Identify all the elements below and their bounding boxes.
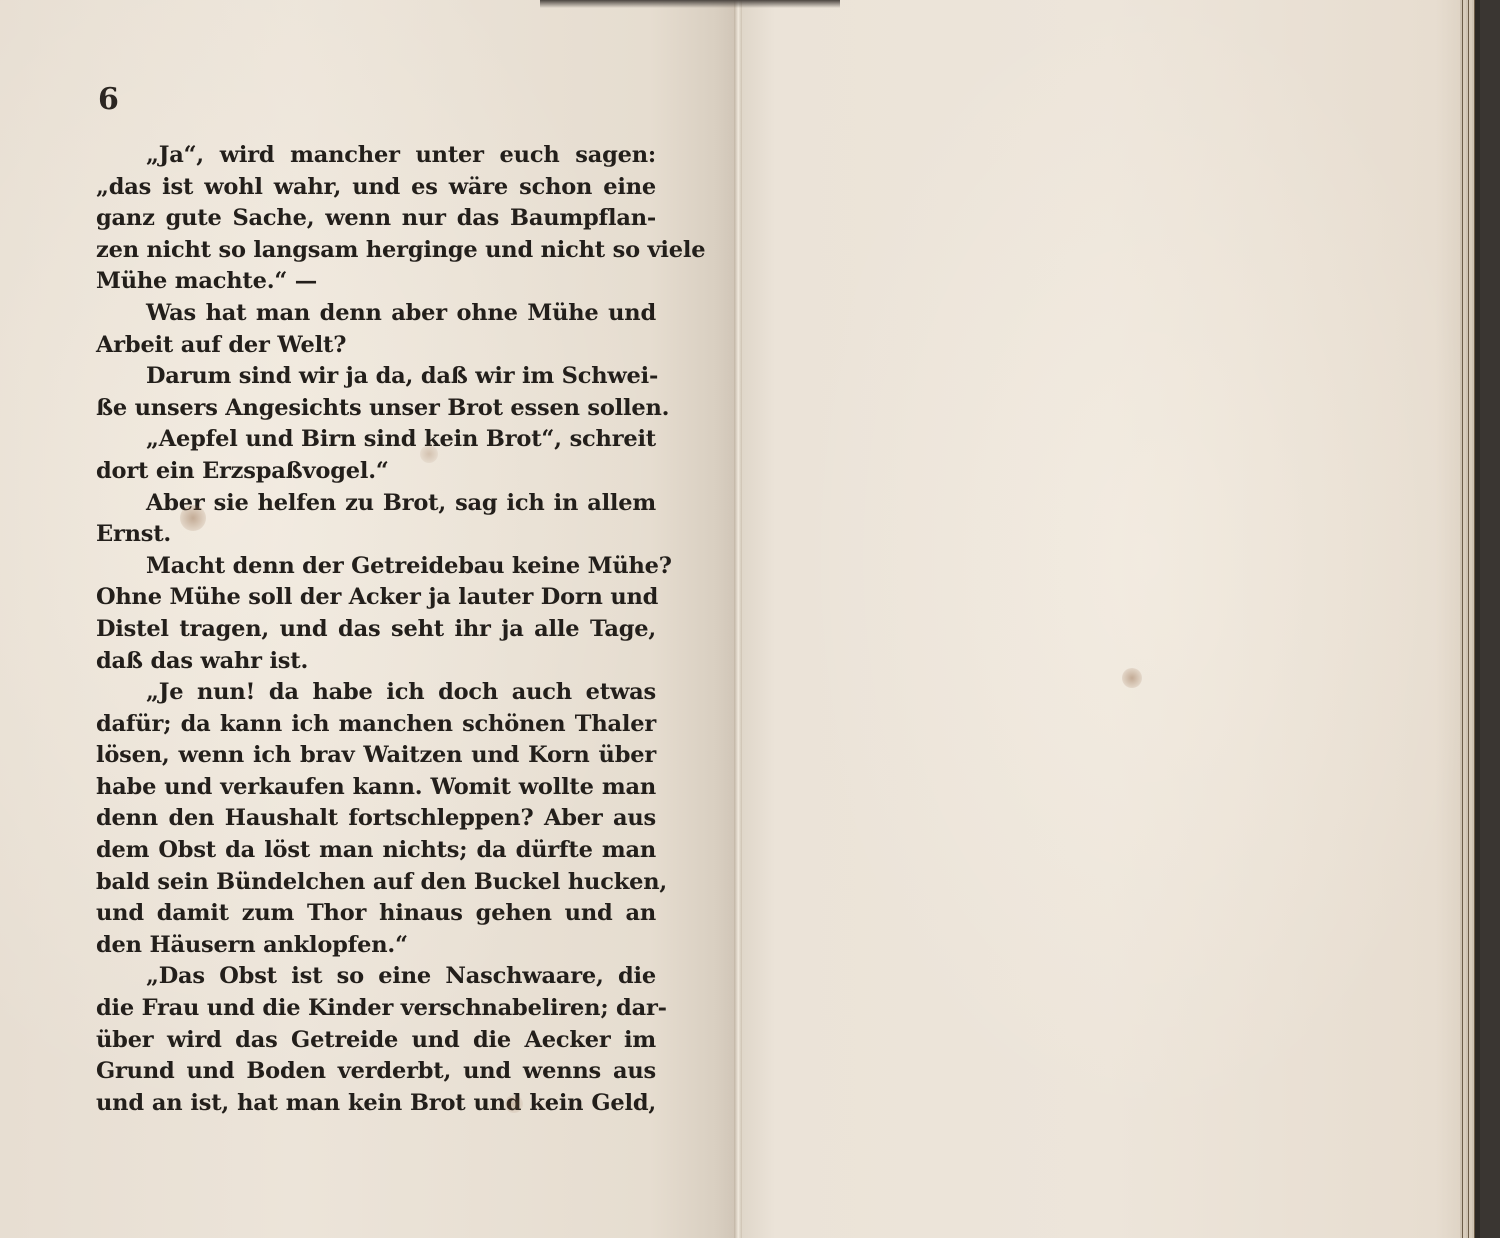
left-page-text: „Ja“, wird mancher unter euch sagen:„das…: [96, 140, 656, 1119]
text-line: Ernst.: [96, 519, 656, 551]
text-line: denn den Haushalt fortschleppen? Aber au…: [96, 803, 656, 835]
text-line: habe und verkaufen kann. Womit wollte ma…: [96, 772, 656, 804]
text-line: und damit zum Thor hinaus gehen und an: [96, 898, 656, 930]
text-line: ße unsers Angesichts unser Brot essen so…: [96, 393, 656, 425]
book-cover-edge: [1475, 0, 1480, 1238]
text-line: „Das Obst ist so eine Naschwaare, die: [96, 961, 656, 993]
text-line: „Aepfel und Birn sind kein Brot“, schrei…: [96, 424, 656, 456]
page-number-left: 6: [98, 82, 119, 117]
text-line: „Ja“, wird mancher unter euch sagen:: [96, 140, 656, 172]
text-line: Arbeit auf der Welt?: [96, 330, 656, 362]
paper-stain: [505, 1095, 523, 1113]
text-line: Distel tragen, und das seht ihr ja alle …: [96, 614, 656, 646]
text-line: Darum sind wir ja da, daß wir im Schwei-: [96, 361, 656, 393]
paper-stain: [1122, 668, 1142, 688]
text-line: über wird das Getreide und die Aecker im: [96, 1025, 656, 1057]
text-line: zen nicht so langsam herginge und nicht …: [96, 235, 656, 267]
text-line: dafür; da kann ich manchen schönen Thale…: [96, 709, 656, 741]
left-page: 6 „Ja“, wird mancher unter euch sagen:„d…: [0, 0, 738, 1238]
top-shadow: [540, 0, 840, 8]
text-line: daß das wahr ist.: [96, 646, 656, 678]
text-line: Was hat man denn aber ohne Mühe und: [96, 298, 656, 330]
text-line: Grund und Boden verderbt, und wenns aus: [96, 1056, 656, 1088]
right-page: 7 womit man als ein ehrlicher Mann das H…: [738, 0, 1480, 1238]
text-line: die Frau und die Kinder verschnabeliren;…: [96, 993, 656, 1025]
text-line: dem Obst da löst man nichts; da dürfte m…: [96, 835, 656, 867]
text-line: ganz gute Sache, wenn nur das Baumpflan-: [96, 203, 656, 235]
text-line: „das ist wohl wahr, und es wäre schon ei…: [96, 172, 656, 204]
text-line: den Häusern anklopfen.“: [96, 930, 656, 962]
text-line: dort ein Erzspaßvogel.“: [96, 456, 656, 488]
paper-stain: [420, 445, 438, 463]
text-line: bald sein Bündelchen auf den Buckel huck…: [96, 867, 656, 899]
text-line: Mühe machte.“ —: [96, 266, 656, 298]
text-line: Macht denn der Getreidebau keine Mühe?: [96, 551, 656, 583]
book-spread: 6 „Ja“, wird mancher unter euch sagen:„d…: [0, 0, 1500, 1238]
text-line: „Je nun! da habe ich doch auch etwas: [96, 677, 656, 709]
paper-stain: [180, 505, 206, 531]
text-line: und an ist, hat man kein Brot und kein G…: [96, 1088, 656, 1120]
text-line: Ohne Mühe soll der Acker ja lauter Dorn …: [96, 582, 656, 614]
book-gutter: [734, 0, 742, 1238]
text-line: lösen, wenn ich brav Waitzen und Korn üb…: [96, 740, 656, 772]
